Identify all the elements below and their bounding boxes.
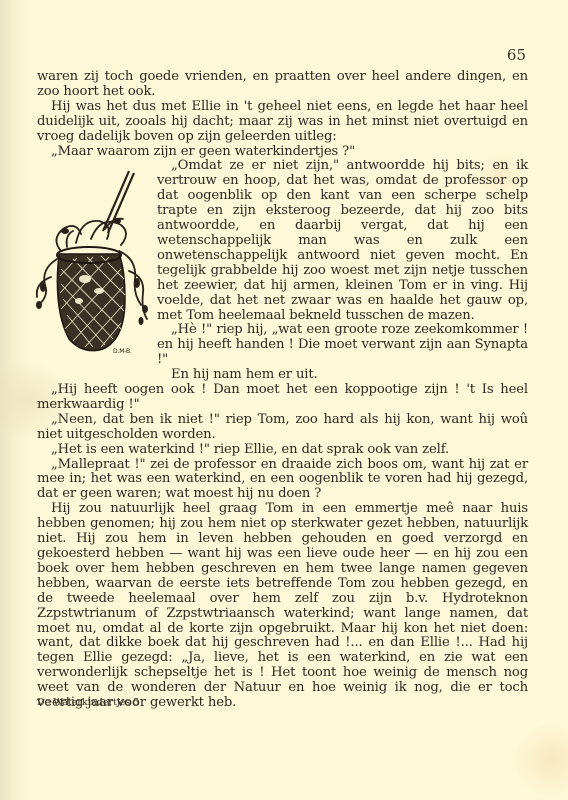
paragraph: Hij zou natuurlijk heel graag Tom in een… bbox=[37, 502, 528, 711]
net-illustration: D.M-B. bbox=[21, 159, 151, 374]
paragraph: Hij was het dus met Ellie in 't geheel n… bbox=[37, 100, 528, 145]
printer-signature: De Waterkindertjes 5 bbox=[37, 697, 139, 708]
paragraph: „Mallepraat !" zei de professor en draai… bbox=[37, 458, 528, 503]
paragraph: „Neen, dat ben ik niet !" riep Tom, zoo … bbox=[37, 413, 528, 443]
paragraph: „Het is een waterkind !" riep Ellie, en … bbox=[37, 443, 528, 458]
body-text: waren zij toch goede vrienden, en praatt… bbox=[37, 70, 528, 711]
page-number: 65 bbox=[507, 46, 526, 64]
monogram: D.M-B. bbox=[113, 348, 132, 355]
paragraph: „Maar waarom zijn er geen waterkindertje… bbox=[37, 145, 528, 160]
paragraph: „Hij heeft oogen ook ! Dan moet het een … bbox=[37, 383, 528, 413]
paragraph: waren zij toch goede vrienden, en praatt… bbox=[37, 70, 528, 100]
seaweed-net-icon: D.M-B. bbox=[21, 159, 151, 374]
illustrated-section: D.M-B. „Omdat ze er niet zijn," antwoord… bbox=[37, 159, 528, 383]
